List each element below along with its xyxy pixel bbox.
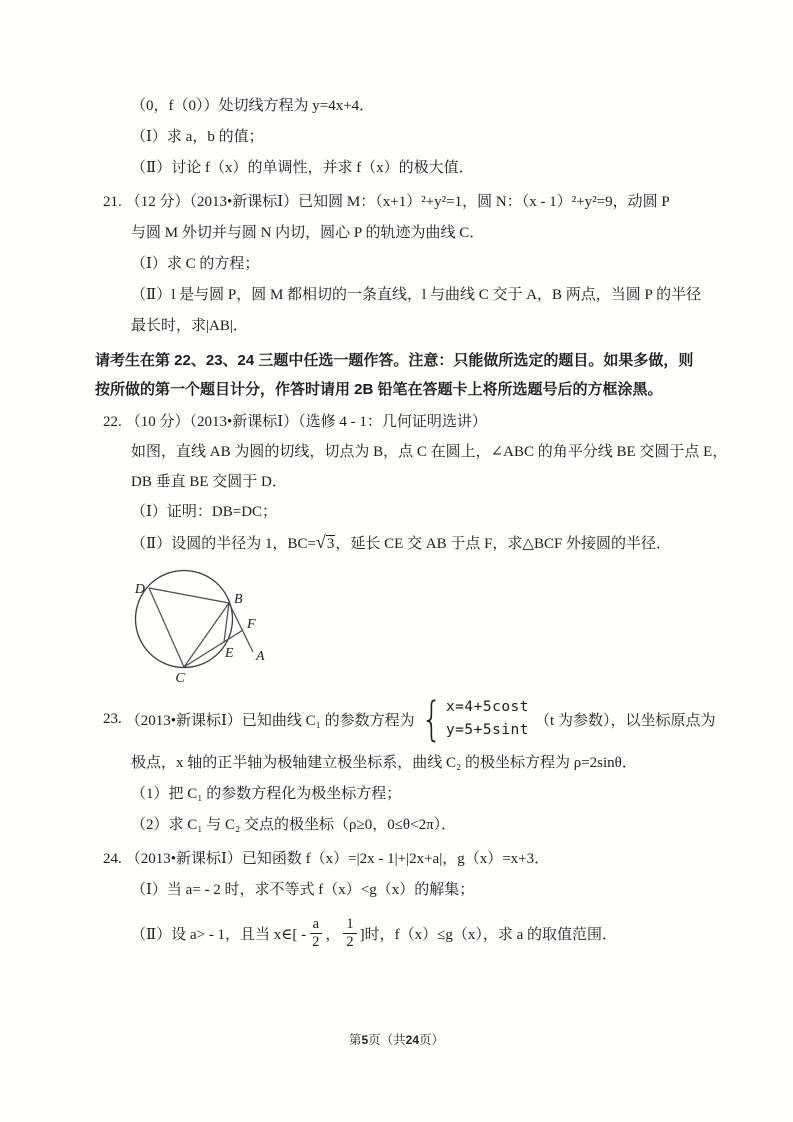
exam-document-page: （0，f（0））处切线方程为 y=4x+4． （Ⅰ）求 a，b 的值； （Ⅱ）讨… <box>0 0 793 1122</box>
question-line: DB 垂直 BE 交圆于 D． <box>131 467 707 497</box>
question-number: 24. <box>103 851 122 867</box>
question-subitem-1: （Ⅰ）求 a，b 的值； <box>131 122 707 153</box>
question-subitem-1: （1）把 C₁ 的参数方程化为极坐标方程； <box>131 779 707 810</box>
question-subitem-2: （2）求 C₁ 与 C₂ 交点的极坐标（ρ≥0，0≤θ<2π）． <box>131 810 707 841</box>
question-line: 极点，x 轴的正半轴为极轴建立极坐标系，曲线 C₂ 的极坐标方程为 ρ=2sin… <box>131 748 707 779</box>
label-B: B <box>234 592 243 607</box>
question-subitem-1: （Ⅰ）证明：DB=DC； <box>131 497 707 527</box>
question-23: 23. （2013•新课标Ⅰ）已知曲线 C₁ 的参数方程为 { x=4+5cos… <box>95 690 707 841</box>
label-E: E <box>224 646 234 661</box>
fraction-denominator: 2 <box>343 934 356 951</box>
segment-CEF <box>184 630 243 667</box>
question-subitem-2: （Ⅱ）设圆的半径为 1，BC=√3，延长 CE 交 AB 于点 F，求△BCF … <box>131 527 707 559</box>
label-D: D <box>134 582 145 597</box>
question-subitem-1: （Ⅰ）求 C 的方程； <box>131 249 707 280</box>
fraction-1-over-2: 12 <box>343 916 356 950</box>
question-text: （2013•新课标Ⅰ）已知函数 f（x）=|2x - 1|+|2x+a|，g（x… <box>126 851 549 867</box>
question-subitem-2: （Ⅱ）讨论 f（x）的单调性，并求 f（x）的极大值． <box>131 153 707 184</box>
label-A: A <box>255 649 265 664</box>
question-line: 23. （2013•新课标Ⅰ）已知曲线 C₁ 的参数方程为 { x=4+5cos… <box>103 690 707 748</box>
question-text: （2013•新课标Ⅰ）已知曲线 C₁ 的参数方程为 <box>126 709 415 730</box>
radicand: 3 <box>326 535 336 552</box>
question-text: （10 分）（2013•新课标Ⅰ）（选修 4 - 1：几何证明选讲） <box>126 414 487 430</box>
segment-DC <box>149 588 184 667</box>
question-subitem-2: （Ⅱ）设 a> - 1，且当 x∈[ - a2 ， 12 ]时，f（x）≤g（x… <box>131 906 707 960</box>
total-page-count: 24 <box>406 1033 419 1047</box>
segment-BC <box>184 603 229 667</box>
fraction-numerator: a <box>310 916 322 934</box>
question-subitem-1: （Ⅰ）当 a= - 2 时，求不等式 f（x）<g（x）的解集； <box>131 875 707 906</box>
question-line: 24.（2013•新课标Ⅰ）已知函数 f（x）=|2x - 1|+|2x+a|，… <box>103 844 707 875</box>
label-F: F <box>246 617 256 632</box>
page-content: （0，f（0））处切线方程为 y=4x+4． （Ⅰ）求 a，b 的值； （Ⅱ）讨… <box>95 88 707 960</box>
notice-line-2: 按所做的第一个题目计分，作答时请用 2B 铅笔在答题卡上将所选题号后的方框涂黑。 <box>95 375 707 404</box>
question-number: 22. <box>103 414 122 430</box>
question-subitem-2: （Ⅱ）l 是与圆 P，圆 M 都相切的一条直线，l 与曲线 C 交于 A，B 两… <box>131 280 707 311</box>
fraction-denominator: 2 <box>309 934 322 951</box>
left-brace: { <box>421 696 441 742</box>
question-22: 22.（10 分）（2013•新课标Ⅰ）（选修 4 - 1：几何证明选讲） 如图… <box>95 407 707 687</box>
question-text: （t 为参数），以坐标原点为 <box>535 709 715 730</box>
question-21: 21.（12 分）（2013•新课标Ⅰ）已知圆 M：（x+1）²+y²=1，圆 … <box>95 187 707 342</box>
question-line: （0，f（0））处切线方程为 y=4x+4． <box>131 91 707 122</box>
subitem-text: ]时，f（x）≤g（x），求 a 的取值范围． <box>360 923 617 944</box>
footer-text: 第 <box>349 1033 362 1047</box>
question-subitem-2-cont: 最长时，求|AB|． <box>131 311 707 342</box>
page-footer: 第5页（共24页） <box>0 1030 793 1048</box>
subitem-text: ， <box>325 923 340 944</box>
question-line: 与圆 M 外切并与圆 N 内切，圆心 P 的轨迹为曲线 C． <box>131 218 707 249</box>
segment-DB <box>149 588 229 603</box>
question-24: 24.（2013•新课标Ⅰ）已知函数 f（x）=|2x - 1|+|2x+a|，… <box>95 844 707 960</box>
radical-sign: √ <box>316 532 326 552</box>
subitem-text: （Ⅱ）设 a> - 1，且当 x∈[ - <box>131 923 306 944</box>
question-text: （12 分）（2013•新课标Ⅰ）已知圆 M：（x+1）²+y²=1，圆 N：（… <box>126 194 670 210</box>
fraction-a-over-2: a2 <box>309 916 322 950</box>
subitem-text: （Ⅱ）设圆的半径为 1，BC= <box>131 536 316 552</box>
label-C: C <box>175 671 185 686</box>
parametric-equations: x=4+5cost y=5+5sint <box>446 696 529 742</box>
equation-y: y=5+5sint <box>446 719 529 742</box>
question-line: 21.（12 分）（2013•新课标Ⅰ）已知圆 M：（x+1）²+y²=1，圆 … <box>103 187 707 218</box>
fraction-numerator: 1 <box>343 916 356 934</box>
question-20-tail: （0，f（0））处切线方程为 y=4x+4． （Ⅰ）求 a，b 的值； （Ⅱ）讨… <box>95 91 707 184</box>
footer-text: 页） <box>419 1033 444 1047</box>
question-line: 如图，直线 AB 为圆的切线，切点为 B，点 C 在圆上，∠ABC 的角平分线 … <box>131 437 707 467</box>
question-number: 21. <box>103 194 122 210</box>
square-root-expression: √3 <box>316 536 335 552</box>
subitem-text: ，延长 CE 交 AB 于点 F，求△BCF 外接圆的半径． <box>335 536 671 552</box>
question-line: 22.（10 分）（2013•新课标Ⅰ）（选修 4 - 1：几何证明选讲） <box>103 407 707 437</box>
selection-notice: 请考生在第 22、23、24 三题中任选一题作答。注意：只能做所选定的题目。如果… <box>95 346 707 404</box>
geometry-figure: D B F E A C <box>125 563 303 687</box>
footer-text: 页（共 <box>368 1033 406 1047</box>
equation-x: x=4+5cost <box>446 696 529 719</box>
question-number: 23. <box>103 711 122 728</box>
notice-line-1: 请考生在第 22、23、24 三题中任选一题作答。注意：只能做所选定的题目。如果… <box>95 346 707 375</box>
